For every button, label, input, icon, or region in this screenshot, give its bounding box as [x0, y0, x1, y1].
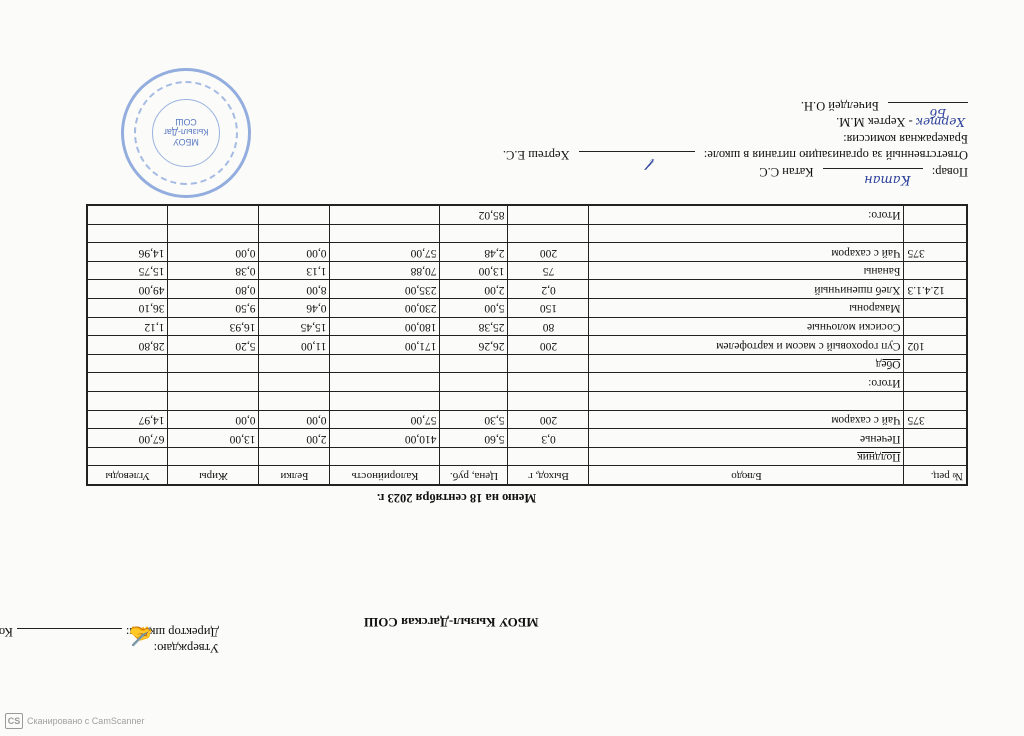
- price-cell: 13,00: [440, 261, 508, 280]
- dish-cell: Чай с сахаром: [589, 410, 904, 429]
- carbs-cell: 14,97: [87, 410, 168, 429]
- carbs-cell: [87, 224, 168, 243]
- yield-cell: 80: [508, 317, 589, 336]
- recipe-cell: 102: [904, 336, 967, 355]
- price-cell: 5,30: [440, 410, 508, 429]
- dish-cell: [589, 224, 904, 243]
- responsible-signature-icon: 𝓁: [649, 156, 654, 173]
- carbs-cell: [87, 392, 168, 411]
- recipe-cell: [904, 373, 967, 392]
- dish-cell: Чай с сахаром: [589, 243, 904, 262]
- protein-cell: 0,46: [259, 299, 330, 318]
- header-kcal: Калорийность: [330, 466, 440, 485]
- director-line: Директор школы:Кочаа С.С.: [0, 624, 219, 640]
- stamp-text: МБОУ Кызыл-Даг СОШ: [124, 117, 248, 147]
- protein-cell: [259, 205, 330, 224]
- carbs-cell: 1,12: [87, 317, 168, 336]
- member2-name: Бичелдей О.Н.: [801, 99, 879, 113]
- member2-signature-line: Бб: [888, 102, 968, 114]
- table-row: 102Суп гороховый с масом и картофелем200…: [87, 336, 967, 355]
- yield-cell: 0,2: [508, 280, 589, 299]
- yield-cell: [508, 392, 589, 411]
- stamp-line-2: Кызыл-Даг: [124, 127, 248, 137]
- protein-cell: [259, 224, 330, 243]
- protein-cell: [259, 373, 330, 392]
- dish-cell: Бананы: [589, 261, 904, 280]
- table-row: Сосиски молочные8025,38180,0015,4516,931…: [87, 317, 967, 336]
- yield-cell: 200: [508, 410, 589, 429]
- kcal-cell: [330, 447, 440, 466]
- header-recipe: № рец.: [904, 466, 967, 485]
- approval-label: Утверждаю:: [0, 640, 219, 656]
- approval-block: Утверждаю: Директор школы:Кочаа С.С.: [0, 624, 219, 656]
- signatures-block: Повар: Катан Катан С.С Ответственный за …: [503, 98, 968, 181]
- table-row: Бананы7513,0070,881,130,3815,75: [87, 261, 967, 280]
- director-signature-line: [17, 628, 122, 639]
- school-name: МБОУ Кызыл-Дагская СОШ: [364, 614, 1024, 630]
- fat-cell: 0,00: [168, 410, 259, 429]
- kcal-cell: 235,00: [330, 280, 440, 299]
- price-cell: 5,60: [440, 429, 508, 448]
- recipe-cell: [904, 224, 967, 243]
- price-cell: [440, 354, 508, 373]
- fat-cell: 13,00: [168, 429, 259, 448]
- carbs-cell: 14,96: [87, 243, 168, 262]
- header-protein: Белки: [259, 466, 330, 485]
- protein-cell: [259, 447, 330, 466]
- commission-member-2: Бб Бичелдей О.Н.: [503, 98, 968, 115]
- recipe-cell: [904, 261, 967, 280]
- header-dish: Блюдо: [589, 466, 904, 485]
- table-section-row: Обед: [87, 354, 967, 373]
- kcal-cell: 57,00: [330, 410, 440, 429]
- yield-cell: [508, 224, 589, 243]
- carbs-cell: [87, 373, 168, 392]
- yield-cell: 75: [508, 261, 589, 280]
- kcal-cell: 180,00: [330, 317, 440, 336]
- carbs-cell: [87, 354, 168, 373]
- recipe-cell: [904, 429, 967, 448]
- table-row: Печенье0,35,60410,002,0013,0067,00: [87, 429, 967, 448]
- table-row: [87, 224, 967, 243]
- recipe-cell: [904, 299, 967, 318]
- kcal-cell: [330, 205, 440, 224]
- table-row: 375Чай с сахаром2002,4857,000,000,0014,9…: [87, 243, 967, 262]
- dish-cell: Сосиски молочные: [589, 317, 904, 336]
- protein-cell: [259, 354, 330, 373]
- dish-cell: Обед: [589, 354, 904, 373]
- carbs-cell: 67,00: [87, 429, 168, 448]
- recipe-cell: 12.4.1.3: [904, 280, 967, 299]
- stamp-line-1: МБОУ: [124, 137, 248, 147]
- table-row: 12.4.1.3Хлеб пшеничный0,22,00235,008,000…: [87, 280, 967, 299]
- member1-name: - Хертек М.М.: [836, 116, 913, 130]
- fat-cell: 0,00: [168, 243, 259, 262]
- commission-label: Бракеражная комиссия:: [503, 131, 968, 148]
- kcal-cell: 230,00: [330, 299, 440, 318]
- dish-cell: Хлеб пшеничный: [589, 280, 904, 299]
- fat-cell: [168, 205, 259, 224]
- dish-cell: Полдник: [589, 447, 904, 466]
- director-signature-icon: ✍: [129, 624, 154, 648]
- responsible-name: Хертеш Е.С.: [503, 149, 570, 163]
- official-stamp: МБОУ Кызыл-Даг СОШ: [121, 68, 251, 198]
- price-cell: 25,38: [440, 317, 508, 336]
- price-cell: [440, 447, 508, 466]
- cook-signature-line: Катан: [823, 168, 923, 180]
- responsible-label: Ответственный за организацию питания в ш…: [704, 149, 968, 163]
- dish-cell: Итого:: [589, 205, 904, 224]
- menu-title: Меню на 18 сентября 2023 г.: [377, 490, 1024, 505]
- fat-cell: 0,80: [168, 280, 259, 299]
- kcal-cell: 171,00: [330, 336, 440, 355]
- price-cell: 85,02: [440, 205, 508, 224]
- header-price: Цена, руб.: [440, 466, 508, 485]
- yield-cell: 200: [508, 336, 589, 355]
- dish-cell: Суп гороховый с масом и картофелем: [589, 336, 904, 355]
- responsible-signature-line: 𝓁: [579, 152, 695, 164]
- carbs-cell: [87, 447, 168, 466]
- menu-document: Утверждаю: Директор школы:Кочаа С.С. МБО…: [0, 0, 1024, 736]
- kcal-cell: [330, 354, 440, 373]
- kcal-cell: 70,88: [330, 261, 440, 280]
- responsible-line: Ответственный за организацию питания в ш…: [503, 147, 968, 164]
- protein-cell: [259, 392, 330, 411]
- protein-cell: 11,00: [259, 336, 330, 355]
- member2-signature: Бб: [930, 105, 946, 122]
- yield-cell: 200: [508, 243, 589, 262]
- recipe-cell: [904, 392, 967, 411]
- carbs-cell: [87, 205, 168, 224]
- price-cell: 2,48: [440, 243, 508, 262]
- recipe-cell: [904, 317, 967, 336]
- table-section-row: Полдник: [87, 447, 967, 466]
- dish-cell: Печенье: [589, 429, 904, 448]
- recipe-cell: 375: [904, 410, 967, 429]
- menu-table-body: ПолдникПеченье0,35,60410,002,0013,0067,0…: [87, 205, 967, 466]
- kcal-cell: [330, 392, 440, 411]
- protein-cell: 0,00: [259, 410, 330, 429]
- recipe-cell: [904, 354, 967, 373]
- dish-cell: Итого:: [589, 373, 904, 392]
- kcal-cell: 57,00: [330, 243, 440, 262]
- yield-cell: [508, 205, 589, 224]
- menu-table: № рец. Блюдо Выход, г Цена, руб. Калорий…: [86, 204, 968, 486]
- yield-cell: [508, 447, 589, 466]
- fat-cell: 9,50: [168, 299, 259, 318]
- director-name: Кочаа С.С.: [0, 625, 13, 639]
- table-total-row: Итого:: [87, 373, 967, 392]
- cook-signature: Катан: [864, 171, 910, 188]
- yield-cell: 0,3: [508, 429, 589, 448]
- stamp-line-3: СОШ: [124, 117, 248, 127]
- fat-cell: 5,20: [168, 336, 259, 355]
- price-cell: [440, 224, 508, 243]
- fat-cell: 16,93: [168, 317, 259, 336]
- price-cell: [440, 392, 508, 411]
- table-row: 375Чай с сахаром2005,3057,000,000,0014,9…: [87, 410, 967, 429]
- header-carbs: Углеводы: [87, 466, 168, 485]
- carbs-cell: 49,00: [87, 280, 168, 299]
- fat-cell: 0,38: [168, 261, 259, 280]
- recipe-cell: [904, 447, 967, 466]
- price-cell: 26,26: [440, 336, 508, 355]
- commission-member-1: Хертек - Хертек М.М.: [503, 114, 968, 131]
- yield-cell: 150: [508, 299, 589, 318]
- yield-cell: [508, 354, 589, 373]
- fat-cell: [168, 373, 259, 392]
- protein-cell: 1,13: [259, 261, 330, 280]
- kcal-cell: 410,00: [330, 429, 440, 448]
- recipe-cell: [904, 205, 967, 224]
- protein-cell: 15,45: [259, 317, 330, 336]
- price-cell: 5,00: [440, 299, 508, 318]
- kcal-cell: [330, 373, 440, 392]
- carbs-cell: 36,10: [87, 299, 168, 318]
- cook-name: Катан С.С: [759, 165, 813, 179]
- fat-cell: [168, 224, 259, 243]
- yield-cell: [508, 373, 589, 392]
- price-cell: 2,00: [440, 280, 508, 299]
- header-yield: Выход, г: [508, 466, 589, 485]
- carbs-cell: 15,75: [87, 261, 168, 280]
- fat-cell: [168, 447, 259, 466]
- cook-label: Повар:: [932, 165, 968, 179]
- table-row: Макароны1505,00230,000,469,5036,10: [87, 299, 967, 318]
- protein-cell: 2,00: [259, 429, 330, 448]
- fat-cell: [168, 392, 259, 411]
- header-fat: Жиры: [168, 466, 259, 485]
- carbs-cell: 28,80: [87, 336, 168, 355]
- dish-cell: [589, 392, 904, 411]
- protein-cell: 0,00: [259, 243, 330, 262]
- table-header-row: № рец. Блюдо Выход, г Цена, руб. Калорий…: [87, 466, 967, 485]
- protein-cell: 8,00: [259, 280, 330, 299]
- table-total-row: Итого:85,02: [87, 205, 967, 224]
- dish-cell: Макароны: [589, 299, 904, 318]
- fat-cell: [168, 354, 259, 373]
- kcal-cell: [330, 224, 440, 243]
- cook-line: Повар: Катан Катан С.С: [503, 164, 968, 181]
- price-cell: [440, 373, 508, 392]
- recipe-cell: 375: [904, 243, 967, 262]
- table-row: [87, 392, 967, 411]
